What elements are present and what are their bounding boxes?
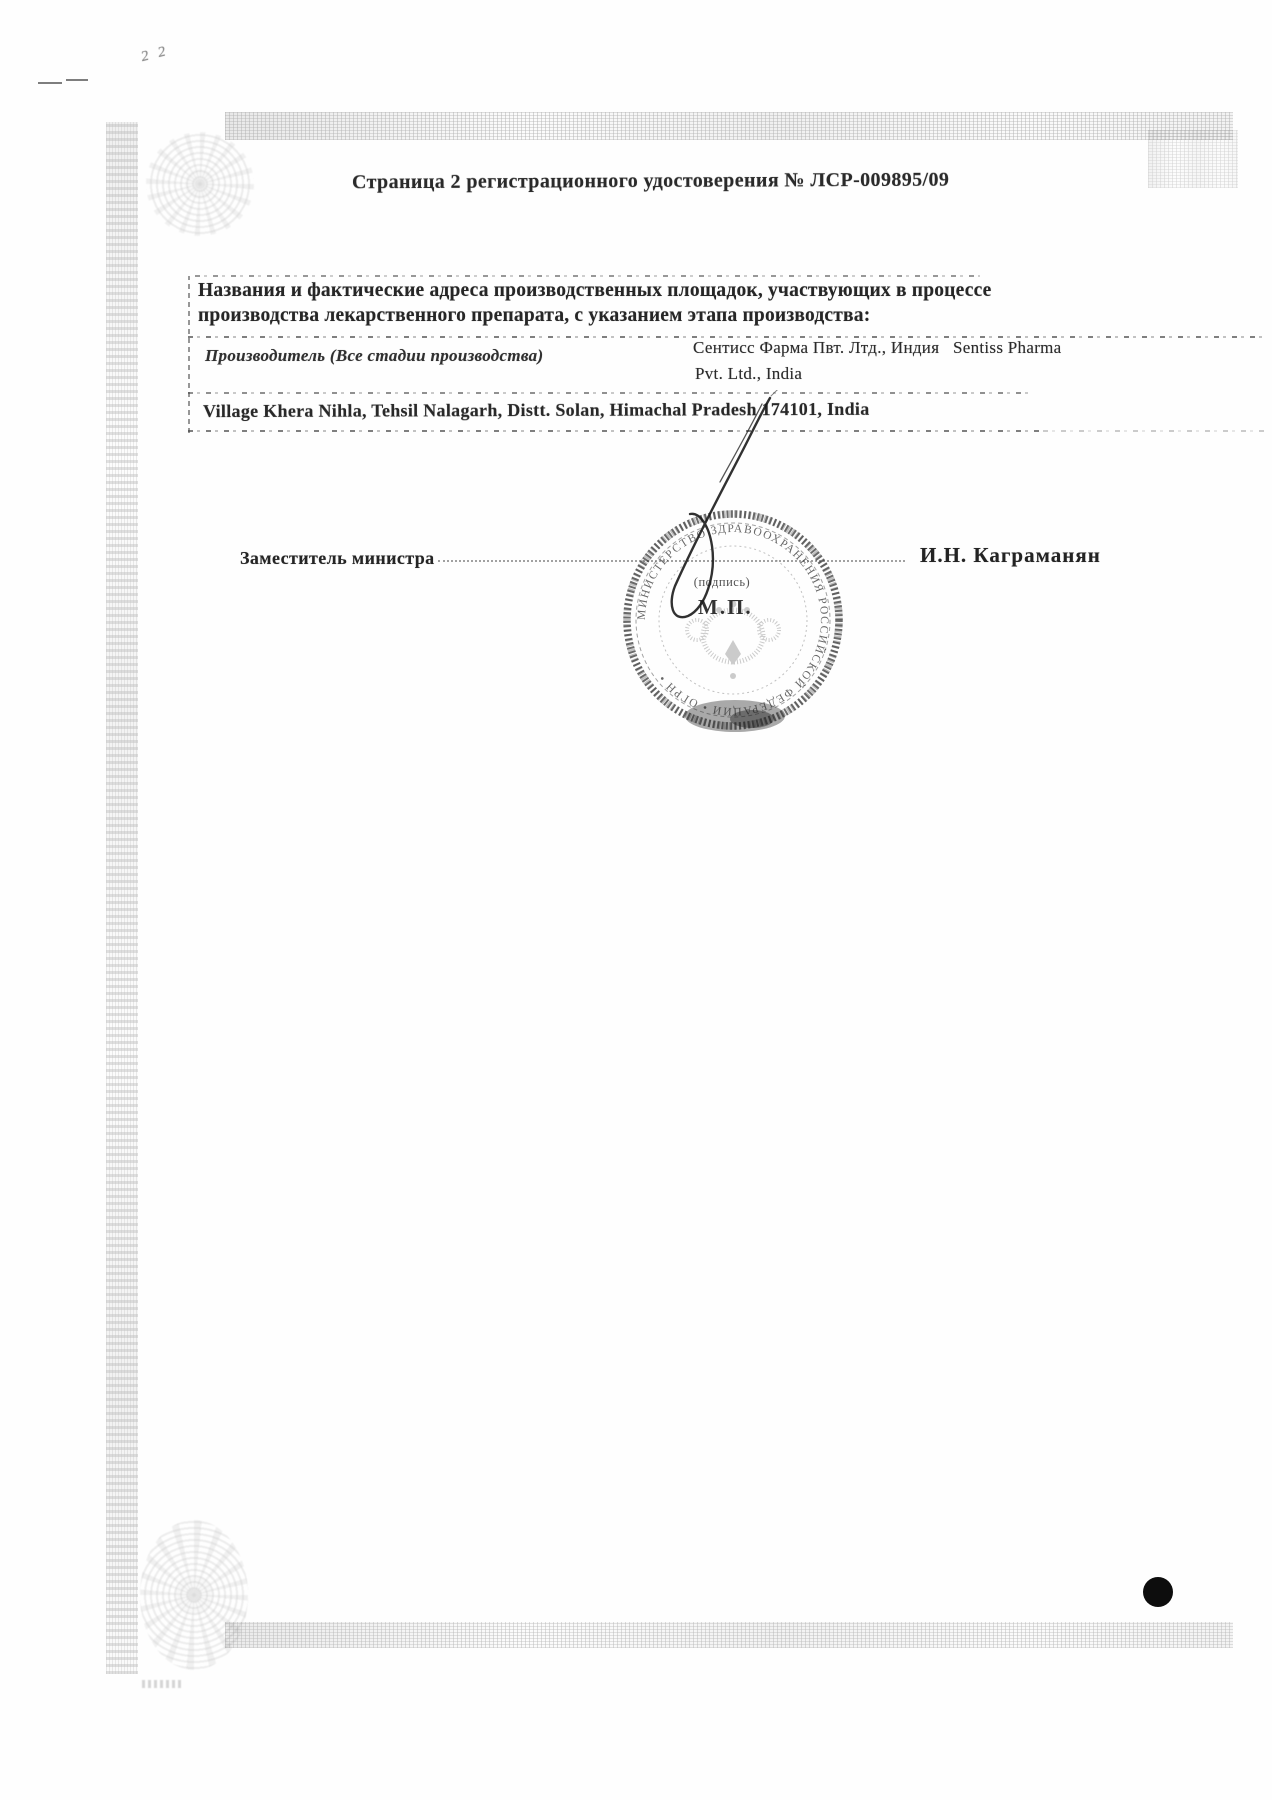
official-stamp: МИНИСТЕРСТВО ЗДРАВООХРАНЕНИЯ РОССИЙСКОЙ … (600, 390, 870, 750)
manufacturer-label: Производитель (Все стадии производства) (205, 346, 543, 366)
scan-hole-dot (1143, 1577, 1173, 1607)
table-rule-left (188, 276, 190, 433)
ornament-bottom-left-mark (142, 1680, 184, 1688)
border-fragment-top-right (1148, 130, 1238, 188)
border-band-top (225, 112, 1233, 140)
border-band-bottom (225, 1622, 1233, 1648)
manufacturer-value-line-1: Сентисс Фарма Пвт. Лтд., Индия Sentiss P… (693, 338, 1062, 358)
scanned-certificate-page: 2 2 Страница 2 регистрационного удостове… (0, 0, 1272, 1800)
stamp-mp-label: М.П. (698, 595, 753, 619)
signature-post: Заместитель министра (240, 548, 435, 569)
signatory-name: И.Н. Каграманян (920, 543, 1101, 568)
ornament-top-left (146, 132, 254, 236)
page-header: Страница 2 регистрационного удостоверени… (352, 169, 949, 195)
pencil-page-note: 2 2 (139, 43, 170, 66)
intro-line-2: производства лекарственного препарата, с… (198, 305, 870, 327)
signature-caption: (подпись) (694, 575, 750, 589)
corner-dash (38, 82, 62, 84)
border-strip-left (106, 122, 138, 1674)
table-rule-top (195, 275, 980, 277)
manufacturer-value-line-2: Pvt. Ltd., India (695, 364, 802, 384)
stamp-smudge-dark (730, 710, 774, 728)
stamp-emblem-circle (659, 546, 807, 694)
stamp-ring-text: МИНИСТЕРСТВО ЗДРАВООХРАНЕНИЯ РОССИЙСКОЙ … (636, 523, 830, 717)
corner-dash (66, 79, 88, 81)
intro-line-1: Названия и фактические адреса производст… (198, 280, 992, 302)
table-rule-bottom-faint (1043, 430, 1268, 432)
stamp-outer-ring-texture (622, 509, 845, 732)
